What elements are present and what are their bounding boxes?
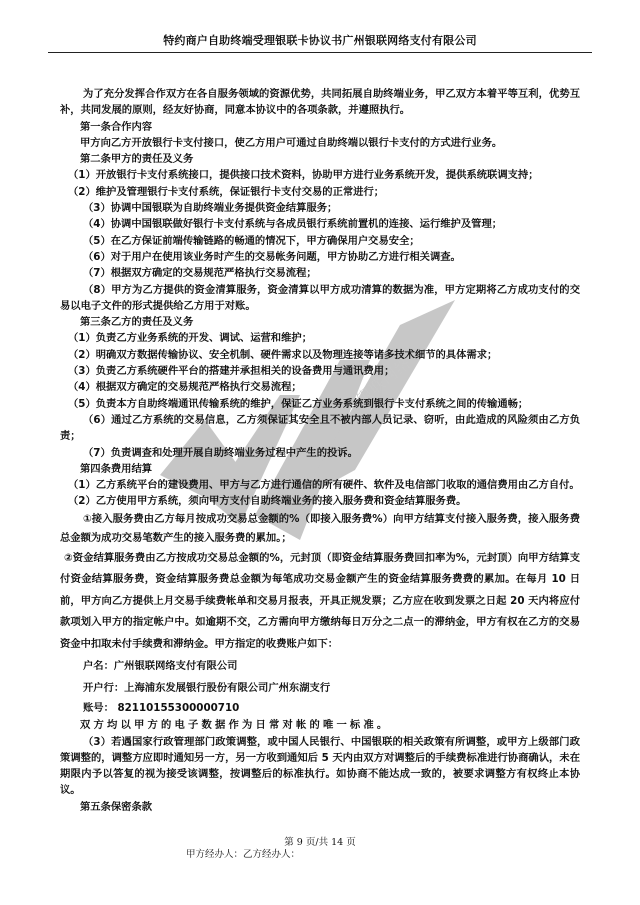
section-heading-1: 第一条合作内容	[60, 119, 580, 135]
page-header-title: 特约商户自助终端受理银联卡协议书广州银联网络支付有限公司	[48, 34, 592, 48]
account-number: 账号： 82110155300000710	[60, 699, 580, 717]
section-heading-3: 第三条乙方的责任及义务	[60, 314, 580, 330]
list-item: （2）乙方使用甲方系统，须向甲方支付自助终端业务的接入服务费和资金结算服务费。	[60, 493, 580, 509]
list-item: （1）开放银行卡支付系统接口，提供接口技术资料，协助甲方进行业务系统开发，提供系…	[60, 167, 580, 183]
signature-line: 甲方经办人：乙方经办人：	[186, 846, 300, 860]
list-item: （5）在乙方保证前端传输链路的畅通的情况下，甲方确保用户交易安全；	[60, 233, 580, 249]
list-item: （7）根据双方确定的交易规范严格执行交易流程；	[60, 265, 580, 281]
list-item: （2）维护及管理银行卡支付系统，保证银行卡支付交易的正常进行；	[60, 184, 580, 200]
fee-clause-1: ①接入服务费由乙方每月按成功交易总金额的%（即接入服务费%）向甲方结算支付接入服…	[60, 510, 580, 548]
fee-clause-2: ②资金结算服务费由乙方按成功交易总金额的%，元封顶（即资金结算服务费回扣率为%，…	[60, 548, 580, 656]
account-bank: 开户行：上海浦东发展银行股份有限公司广州东湖支行	[60, 677, 580, 699]
page-number: 第 9 页/共 14 页	[0, 834, 640, 848]
list-item: （3）协调中国银联为自助终端业务提供资金结算服务；	[60, 200, 580, 216]
list-item: （6）通过乙方系统的交易信息，乙方须保证其安全且不被内部人员记录、窃听，由此造成…	[60, 412, 580, 445]
list-item: （3）负责乙方系统硬件平台的搭建并承担相关的设备费用与通讯费用；	[60, 363, 580, 379]
list-item: （3）若遇国家行政管理部门政策调整，或中国人民银行、中国银联的相关政策有所调整，…	[60, 734, 580, 799]
list-item: （2）明确双方数据传输协议、安全机制、硬件需求以及物理连接等诸多技术细节的具体需…	[60, 347, 580, 363]
account-name: 户名：广州银联网络支付有限公司	[60, 655, 580, 677]
list-item: （4）根据双方确定的交易规范严格执行交易流程；	[60, 379, 580, 395]
document-body: 为了充分发挥合作双方在各自服务领域的资源优势，共同拓展自助终端业务，甲乙双方本着…	[60, 86, 580, 815]
section-heading-2: 第二条甲方的责任及义务	[60, 151, 580, 167]
list-item: （1）负责乙方业务系统的开发、调试、运营和维护；	[60, 330, 580, 346]
reconciliation-standard: 双方均以甲方的电子数据作为日常对帐的唯一标准。	[60, 717, 580, 733]
list-item: （8）甲方为乙方提供的资金清算服务，资金清算以甲方成功清算的数据为准，甲方定期将…	[60, 282, 580, 315]
paragraph: 甲方向乙方开放银行卡支付接口，使乙方用户可通过自助终端以银行卡支付的方式进行业务…	[60, 135, 580, 151]
list-item: （1）乙方系统平台的建设费用、甲方与乙方进行通信的所有硬件、软件及电信部门收取的…	[60, 477, 580, 493]
list-item: （5）负责本方自助终端通讯传输系统的维护，保证乙方业务系统到银行卡支付系统之间的…	[60, 396, 580, 412]
list-item: （7）负责调查和处理开展自助终端业务过程中产生的投诉。	[60, 445, 580, 461]
section-heading-5: 第五条保密条款	[60, 799, 580, 815]
list-item: （4）协调中国银联做好银行卡支付系统与各成员银行系统前置机的连接、运行维护及管理…	[60, 216, 580, 232]
intro-paragraph: 为了充分发挥合作双方在各自服务领域的资源优势，共同拓展自助终端业务，甲乙双方本着…	[60, 86, 580, 119]
section-heading-4: 第四条费用结算	[60, 461, 580, 477]
header-divider	[48, 52, 592, 53]
list-item: （6）对于用户在使用该业务时产生的交易帐务问题，甲方协助乙方进行相关调查。	[60, 249, 580, 265]
